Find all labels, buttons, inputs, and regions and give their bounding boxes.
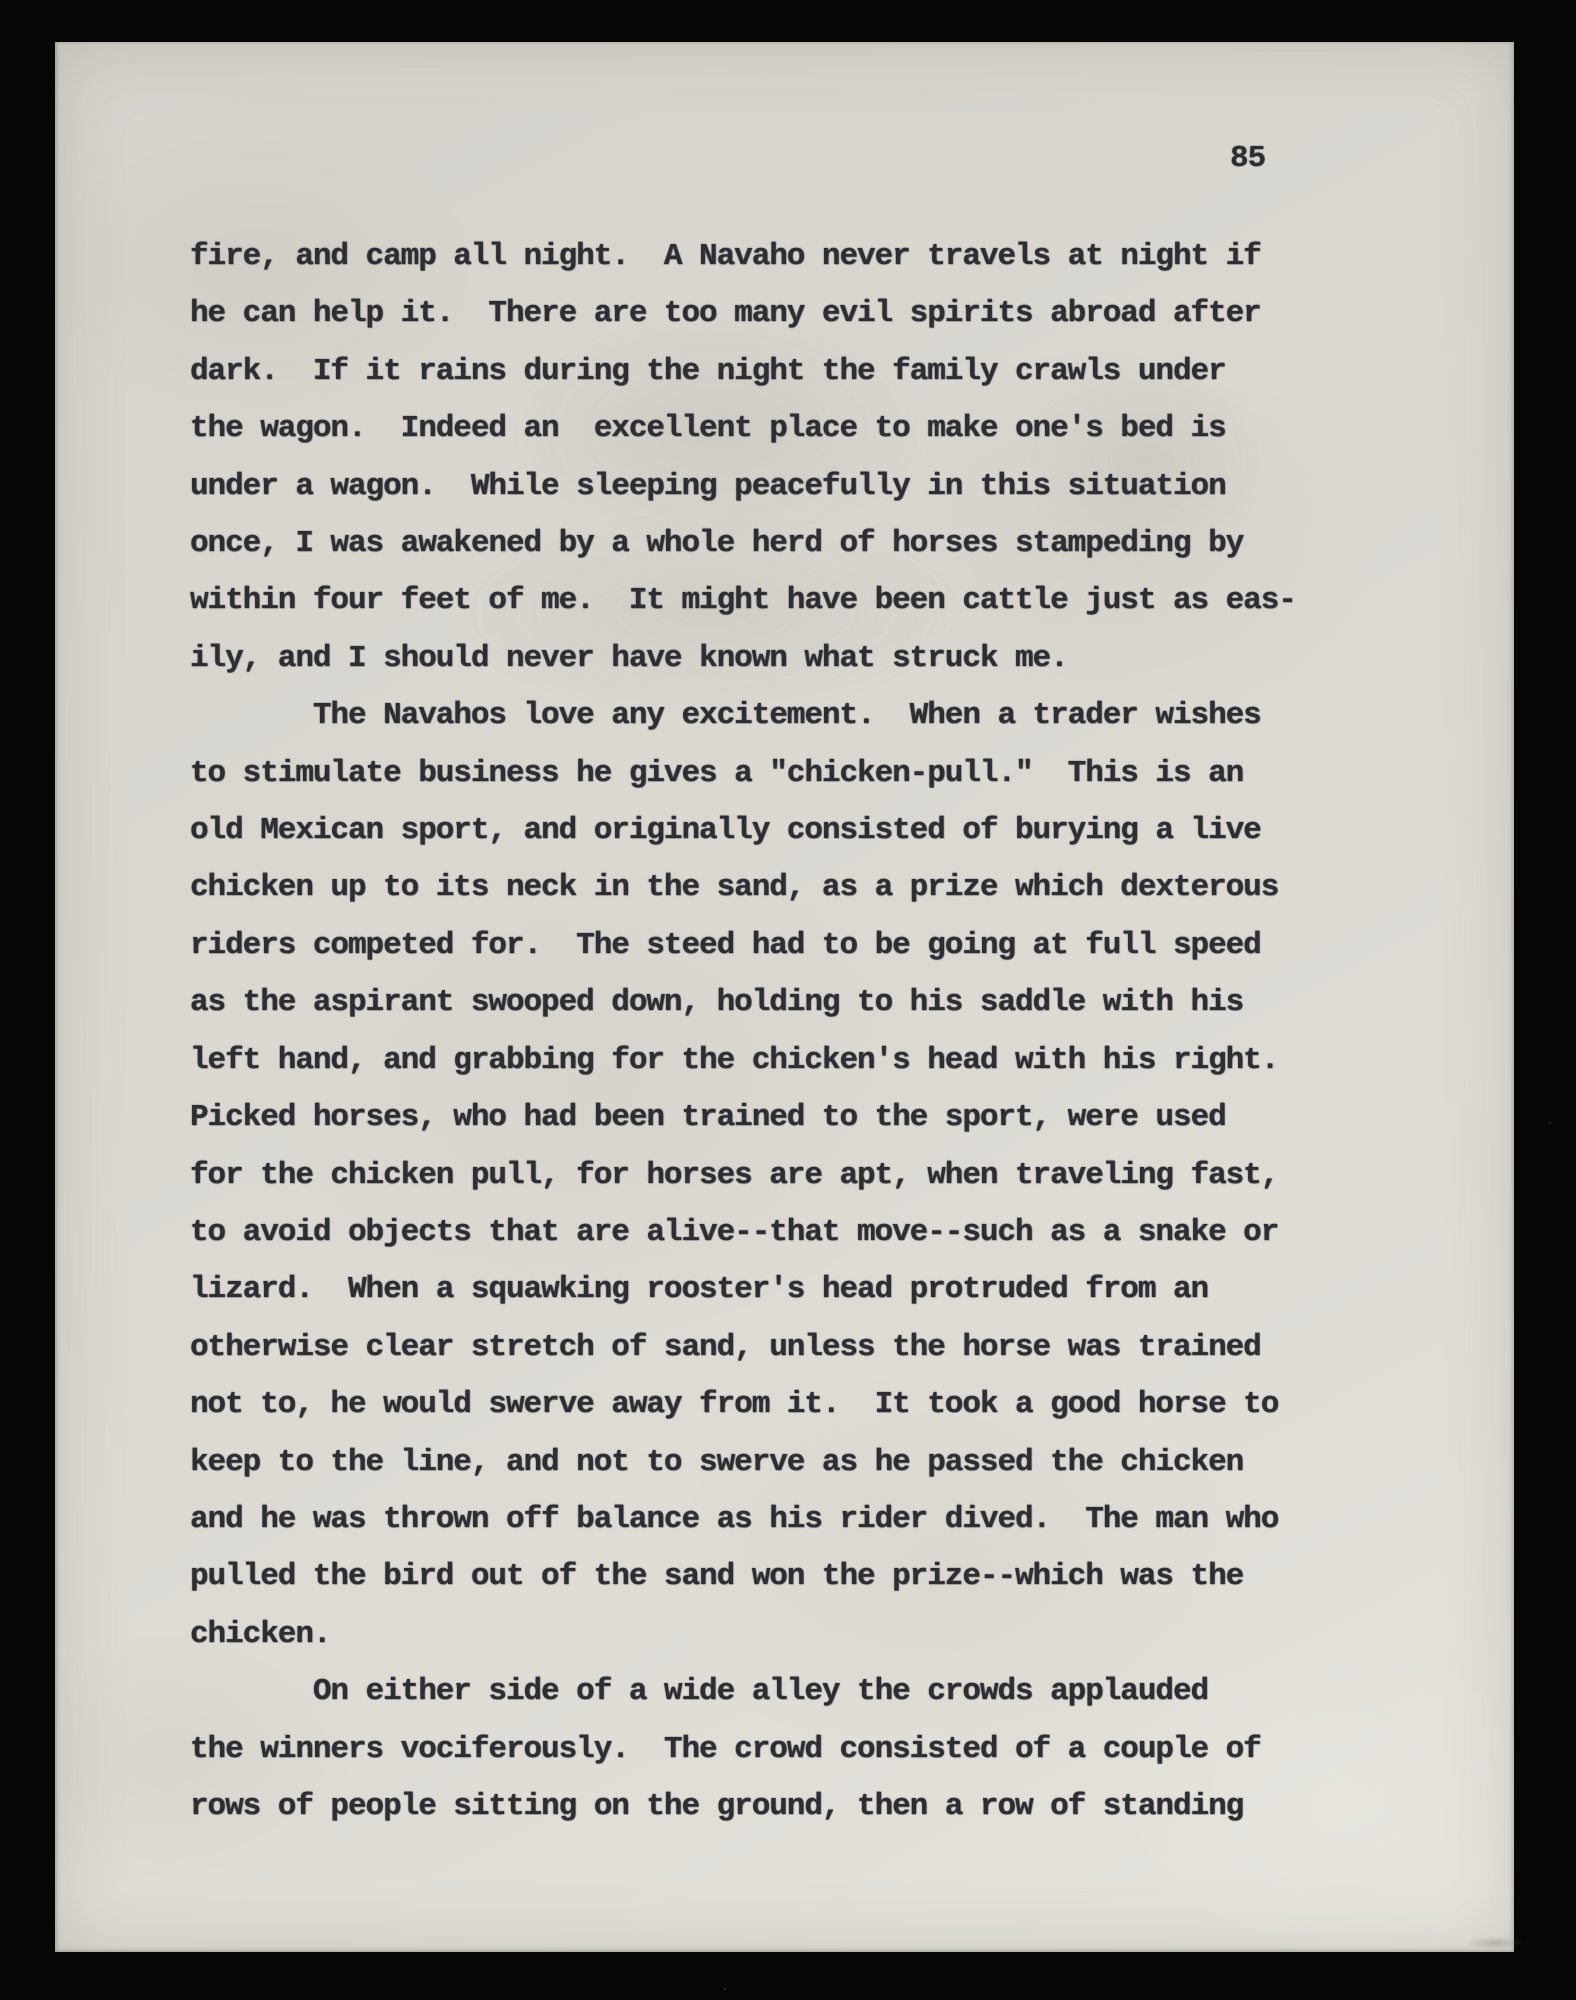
text-line: for the chicken pull, for horses are apt… (190, 1147, 1370, 1204)
text-line: chicken up to its neck in the sand, as a… (190, 859, 1370, 916)
text-line: as the aspirant swooped down, holding to… (190, 974, 1370, 1031)
text-line: dark. If it rains during the night the f… (190, 343, 1370, 400)
paper-edge-smudge (1455, 1935, 1535, 1951)
typewritten-text-block: fire, and camp all night. A Navaho never… (190, 228, 1370, 1835)
text-line: chicken. (190, 1606, 1370, 1663)
text-line: the wagon. Indeed an excellent place to … (190, 400, 1370, 457)
text-line: On either side of a wide alley the crowd… (190, 1663, 1370, 1720)
text-line: once, I was awakened by a whole herd of … (190, 515, 1370, 572)
text-line: the winners vociferously. The crowd cons… (190, 1721, 1370, 1778)
text-line: fire, and camp all night. A Navaho never… (190, 228, 1370, 285)
manuscript-page: 85 fire, and camp all night. A Navaho ne… (55, 42, 1514, 1952)
text-line: lizard. When a squawking rooster's head … (190, 1261, 1370, 1318)
text-line: and he was thrown off balance as his rid… (190, 1491, 1370, 1548)
text-line: he can help it. There are too many evil … (190, 285, 1370, 342)
text-line: not to, he would swerve away from it. It… (190, 1376, 1370, 1433)
text-line: old Mexican sport, and originally consis… (190, 802, 1370, 859)
text-line: ily, and I should never have known what … (190, 630, 1370, 687)
scanned-photo-background: 85 fire, and camp all night. A Navaho ne… (0, 0, 1576, 2000)
text-line: riders competed for. The steed had to be… (190, 917, 1370, 974)
text-line: pulled the bird out of the sand won the … (190, 1548, 1370, 1605)
text-line: The Navahos love any excitement. When a … (190, 687, 1370, 744)
text-line: left hand, and grabbing for the chicken'… (190, 1032, 1370, 1089)
page-number: 85 (1230, 130, 1265, 187)
text-line: within four feet of me. It might have be… (190, 572, 1370, 629)
text-line: rows of people sitting on the ground, th… (190, 1778, 1370, 1835)
text-line: Picked horses, who had been trained to t… (190, 1089, 1370, 1146)
text-line: to avoid objects that are alive--that mo… (190, 1204, 1370, 1261)
text-line: keep to the line, and not to swerve as h… (190, 1434, 1370, 1491)
text-line: otherwise clear stretch of sand, unless … (190, 1319, 1370, 1376)
text-line: under a wagon. While sleeping peacefully… (190, 458, 1370, 515)
text-line: to stimulate business he gives a "chicke… (190, 745, 1370, 802)
